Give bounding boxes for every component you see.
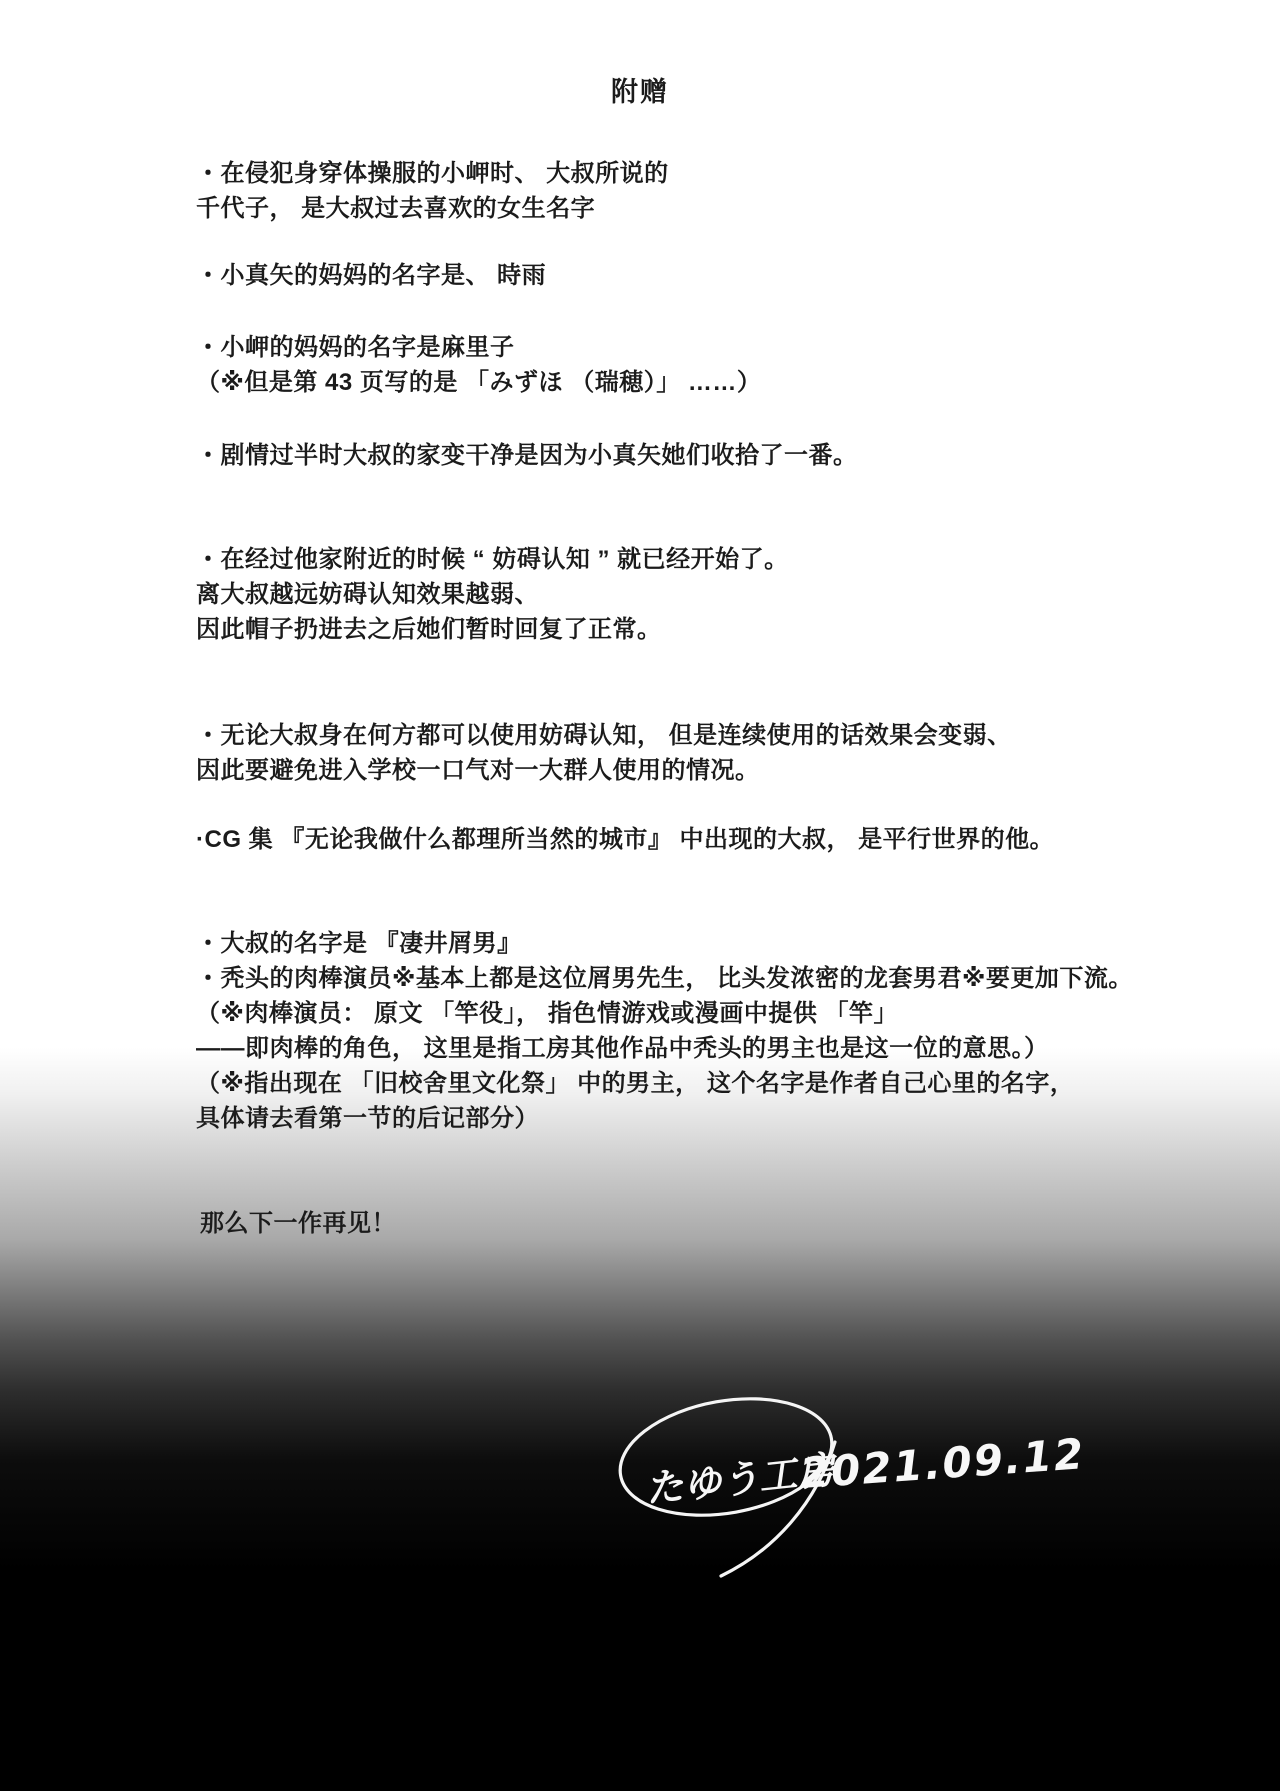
text-line: ・大叔的名字是 『凄井屑男』 (196, 926, 1250, 961)
text-line: 因此要避免进入学校一口气对一大群人使用的情况。 (196, 753, 1250, 788)
artist-signature: たゆう工房 2021.09.12 (535, 1390, 1095, 1590)
text-line: ・小真矢的妈妈的名字是、 時雨 (196, 258, 1250, 293)
text-line: ・剧情过半时大叔的家变干净是因为小真矢她们收拾了一番。 (196, 438, 1250, 473)
text-line: （※指出现在 「旧校舍里文化祭」 中的男主， 这个名字是作者自己心里的名字， (196, 1066, 1250, 1101)
paragraph-clean-house-note: ・剧情过半时大叔的家变干净是因为小真矢她们收拾了一番。 (196, 438, 1250, 473)
text-line: 具体请去看第一节的后记部分） (196, 1101, 1250, 1136)
text-line: ·CG 集 『无论我做什么都理所当然的城市』 中出现的大叔， 是平行世界的他。 (196, 822, 1250, 857)
paragraph-cognition-block-start: ・在经过他家附近的时候 “ 妨碍认知 ” 就已经开始了。 离大叔越远妨碍认知效果… (196, 542, 1250, 647)
farewell-line: 那么下一作再见！ (200, 1206, 1250, 1241)
text-line: ・秃头的肉棒演员※基本上都是这位屑男先生， 比头发浓密的龙套男君※要更加下流。 (196, 961, 1250, 996)
text-line: （※但是第 43 页写的是 「みずほ （瑞穂）」 ……） (196, 365, 1250, 400)
text-line: ——即肉棒的角色， 这里是指工房其他作品中秃头的男主也是这一位的意思。） (196, 1031, 1250, 1066)
text-line: ・无论大叔身在何方都可以使用妨碍认知， 但是连续使用的话效果会变弱、 (196, 718, 1250, 753)
text-line: 因此帽子扔进去之后她们暂时回复了正常。 (196, 612, 1250, 647)
text-line: 离大叔越远妨碍认知效果越弱、 (196, 577, 1250, 612)
text-line: 那么下一作再见！ (200, 1206, 1250, 1241)
paragraph-gym-clothes-note: ・在侵犯身穿体操服的小岬时、 大叔所说的 千代子， 是大叔过去喜欢的女生名字 (196, 156, 1250, 226)
paragraph-misakis-mother-name: ・小岬的妈妈的名字是麻里子 （※但是第 43 页写的是 「みずほ （瑞穂）」 …… (196, 330, 1250, 400)
text-line: ・在经过他家附近的时候 “ 妨碍认知 ” 就已经开始了。 (196, 542, 1250, 577)
signature-date: 2021.09.12 (798, 1429, 1086, 1498)
text-line: ・在侵犯身穿体操服的小岬时、 大叔所说的 (196, 156, 1250, 191)
text-line: ・小岬的妈妈的名字是麻里子 (196, 330, 1250, 365)
page-title: 附赠 (0, 70, 1280, 109)
text-line: （※肉棒演员： 原文 「竿役」， 指色情游戏或漫画中提供 「竿」 (196, 996, 1250, 1031)
paragraph-mayas-mother-name: ・小真矢的妈妈的名字是、 時雨 (196, 258, 1250, 293)
paragraph-cg-set-note: ·CG 集 『无论我做什么都理所当然的城市』 中出现的大叔， 是平行世界的他。 (196, 822, 1250, 857)
paragraph-uncle-name-notes: ・大叔的名字是 『凄井屑男』 ・秃头的肉棒演员※基本上都是这位屑男先生， 比头发… (196, 926, 1250, 1136)
paragraph-cognition-block-limits: ・无论大叔身在何方都可以使用妨碍认知， 但是连续使用的话效果会变弱、 因此要避免… (196, 718, 1250, 788)
text-line: 千代子， 是大叔过去喜欢的女生名字 (196, 191, 1250, 226)
afterword-page: 附赠 ・在侵犯身穿体操服的小岬时、 大叔所说的 千代子， 是大叔过去喜欢的女生名… (0, 0, 1280, 1791)
